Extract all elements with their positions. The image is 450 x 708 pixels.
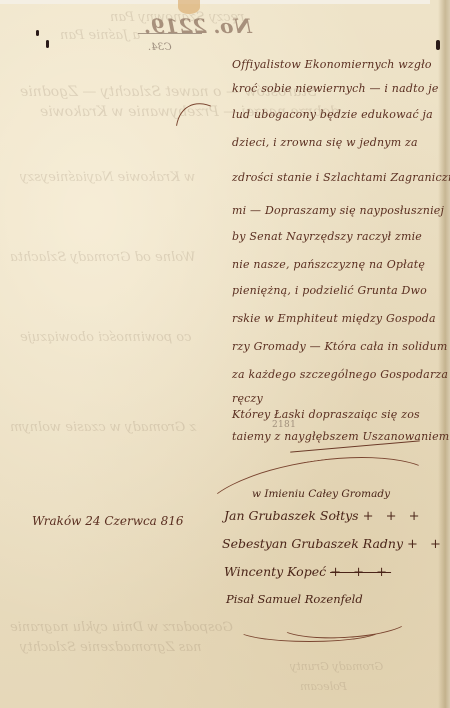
cross-marks: + + + (330, 565, 391, 580)
signatory-role: Sołtys (320, 508, 359, 523)
bleed-through-text: Wolne od Gromady Szlachta (10, 250, 196, 265)
body-line: lud ubogacony będzie edukować ja (232, 108, 433, 121)
signature-entry: Jan Grubaszek Sołtys + + + (224, 508, 424, 524)
signature-entry: Wincenty Kopeć + + + (224, 564, 391, 580)
bleed-through-text: co powinności obowiązuje (20, 330, 191, 345)
body-line: Którey Łaski dopraszaiąc się zos (232, 408, 420, 421)
signature-flourish (236, 616, 383, 642)
scribe-signature: Pisał Samuel Rozenfeld (226, 592, 363, 606)
body-line: Offiyalistow Ekonomiernych wzgło (232, 58, 432, 71)
body-line: dzieci, i zrowna się w jednym za (232, 136, 418, 149)
bleed-through-text: a Jaśnie Pan (60, 28, 140, 43)
ink-blot (436, 40, 440, 50)
cross-marks: + + + (407, 537, 450, 552)
body-line: ręczy (232, 392, 263, 405)
manuscript-page: ręczy Szanowny Pan a Jaśnie Pan Starostó… (0, 0, 450, 708)
signature-entry: Pisał Samuel Rozenfeld (226, 592, 363, 606)
reference-underline (138, 33, 202, 34)
bleed-through-text: Gromady Grunty (290, 660, 383, 673)
pencil-archive-number: 2181 (272, 420, 296, 430)
ink-blot (46, 40, 49, 48)
body-line: kroć sobie niewiernych — i nadto je (232, 82, 439, 95)
body-line: by Senat Nayrzędszy raczył zmie (232, 230, 422, 243)
body-line: za każdego szczególnego Gospodarza (232, 368, 448, 381)
body-line: mi — Dopraszamy się nayposłuszniej (232, 204, 444, 217)
bleed-through-text: z Gromady w czasie wolnym (10, 420, 196, 435)
body-line: pieniężną, i podzielić Grunta Dwo (232, 284, 427, 297)
body-line: rzy Gromady — Która cała in solidum (232, 340, 448, 353)
bleed-through-text: nas Zgromadzenie Szlachty (20, 640, 202, 655)
archive-reference-number: No. 2219. (144, 14, 252, 38)
cross-marks: + + + (363, 509, 424, 524)
signatory-name: Wincenty Kopeć (224, 564, 326, 579)
signatory-role: Radny (363, 536, 403, 551)
signatory-name: Sebestyan Grubaszek (222, 536, 359, 551)
body-line: nie nasze, pańszczyznę na Opłatę (232, 258, 425, 271)
date-place: Wraków 24 Czerwca 816 (32, 514, 184, 528)
bleed-through-text: Gospodarz w Dniu cyklu nagranie (10, 620, 233, 635)
signatory-name: Jan Grubaszek (224, 508, 316, 523)
bleed-through-text: w Krakowie Nayiaśnieyszy (20, 170, 195, 185)
archive-reference-sub: C34. (148, 42, 172, 53)
body-line: rskie w Emphiteut między Gospoda (232, 312, 436, 325)
signature-entry: Sebestyan Grubaszek Radny + + + (222, 536, 450, 552)
body-line: zdrości stanie i Szlachtami Zagranicznem… (232, 171, 450, 184)
scan-top-border (0, 0, 430, 4)
page-binding-edge (438, 0, 450, 708)
signatures-heading: w Imieniu Całey Gromady (252, 488, 390, 500)
bleed-through-text: Polecam (300, 680, 347, 693)
ink-blot (36, 30, 39, 36)
